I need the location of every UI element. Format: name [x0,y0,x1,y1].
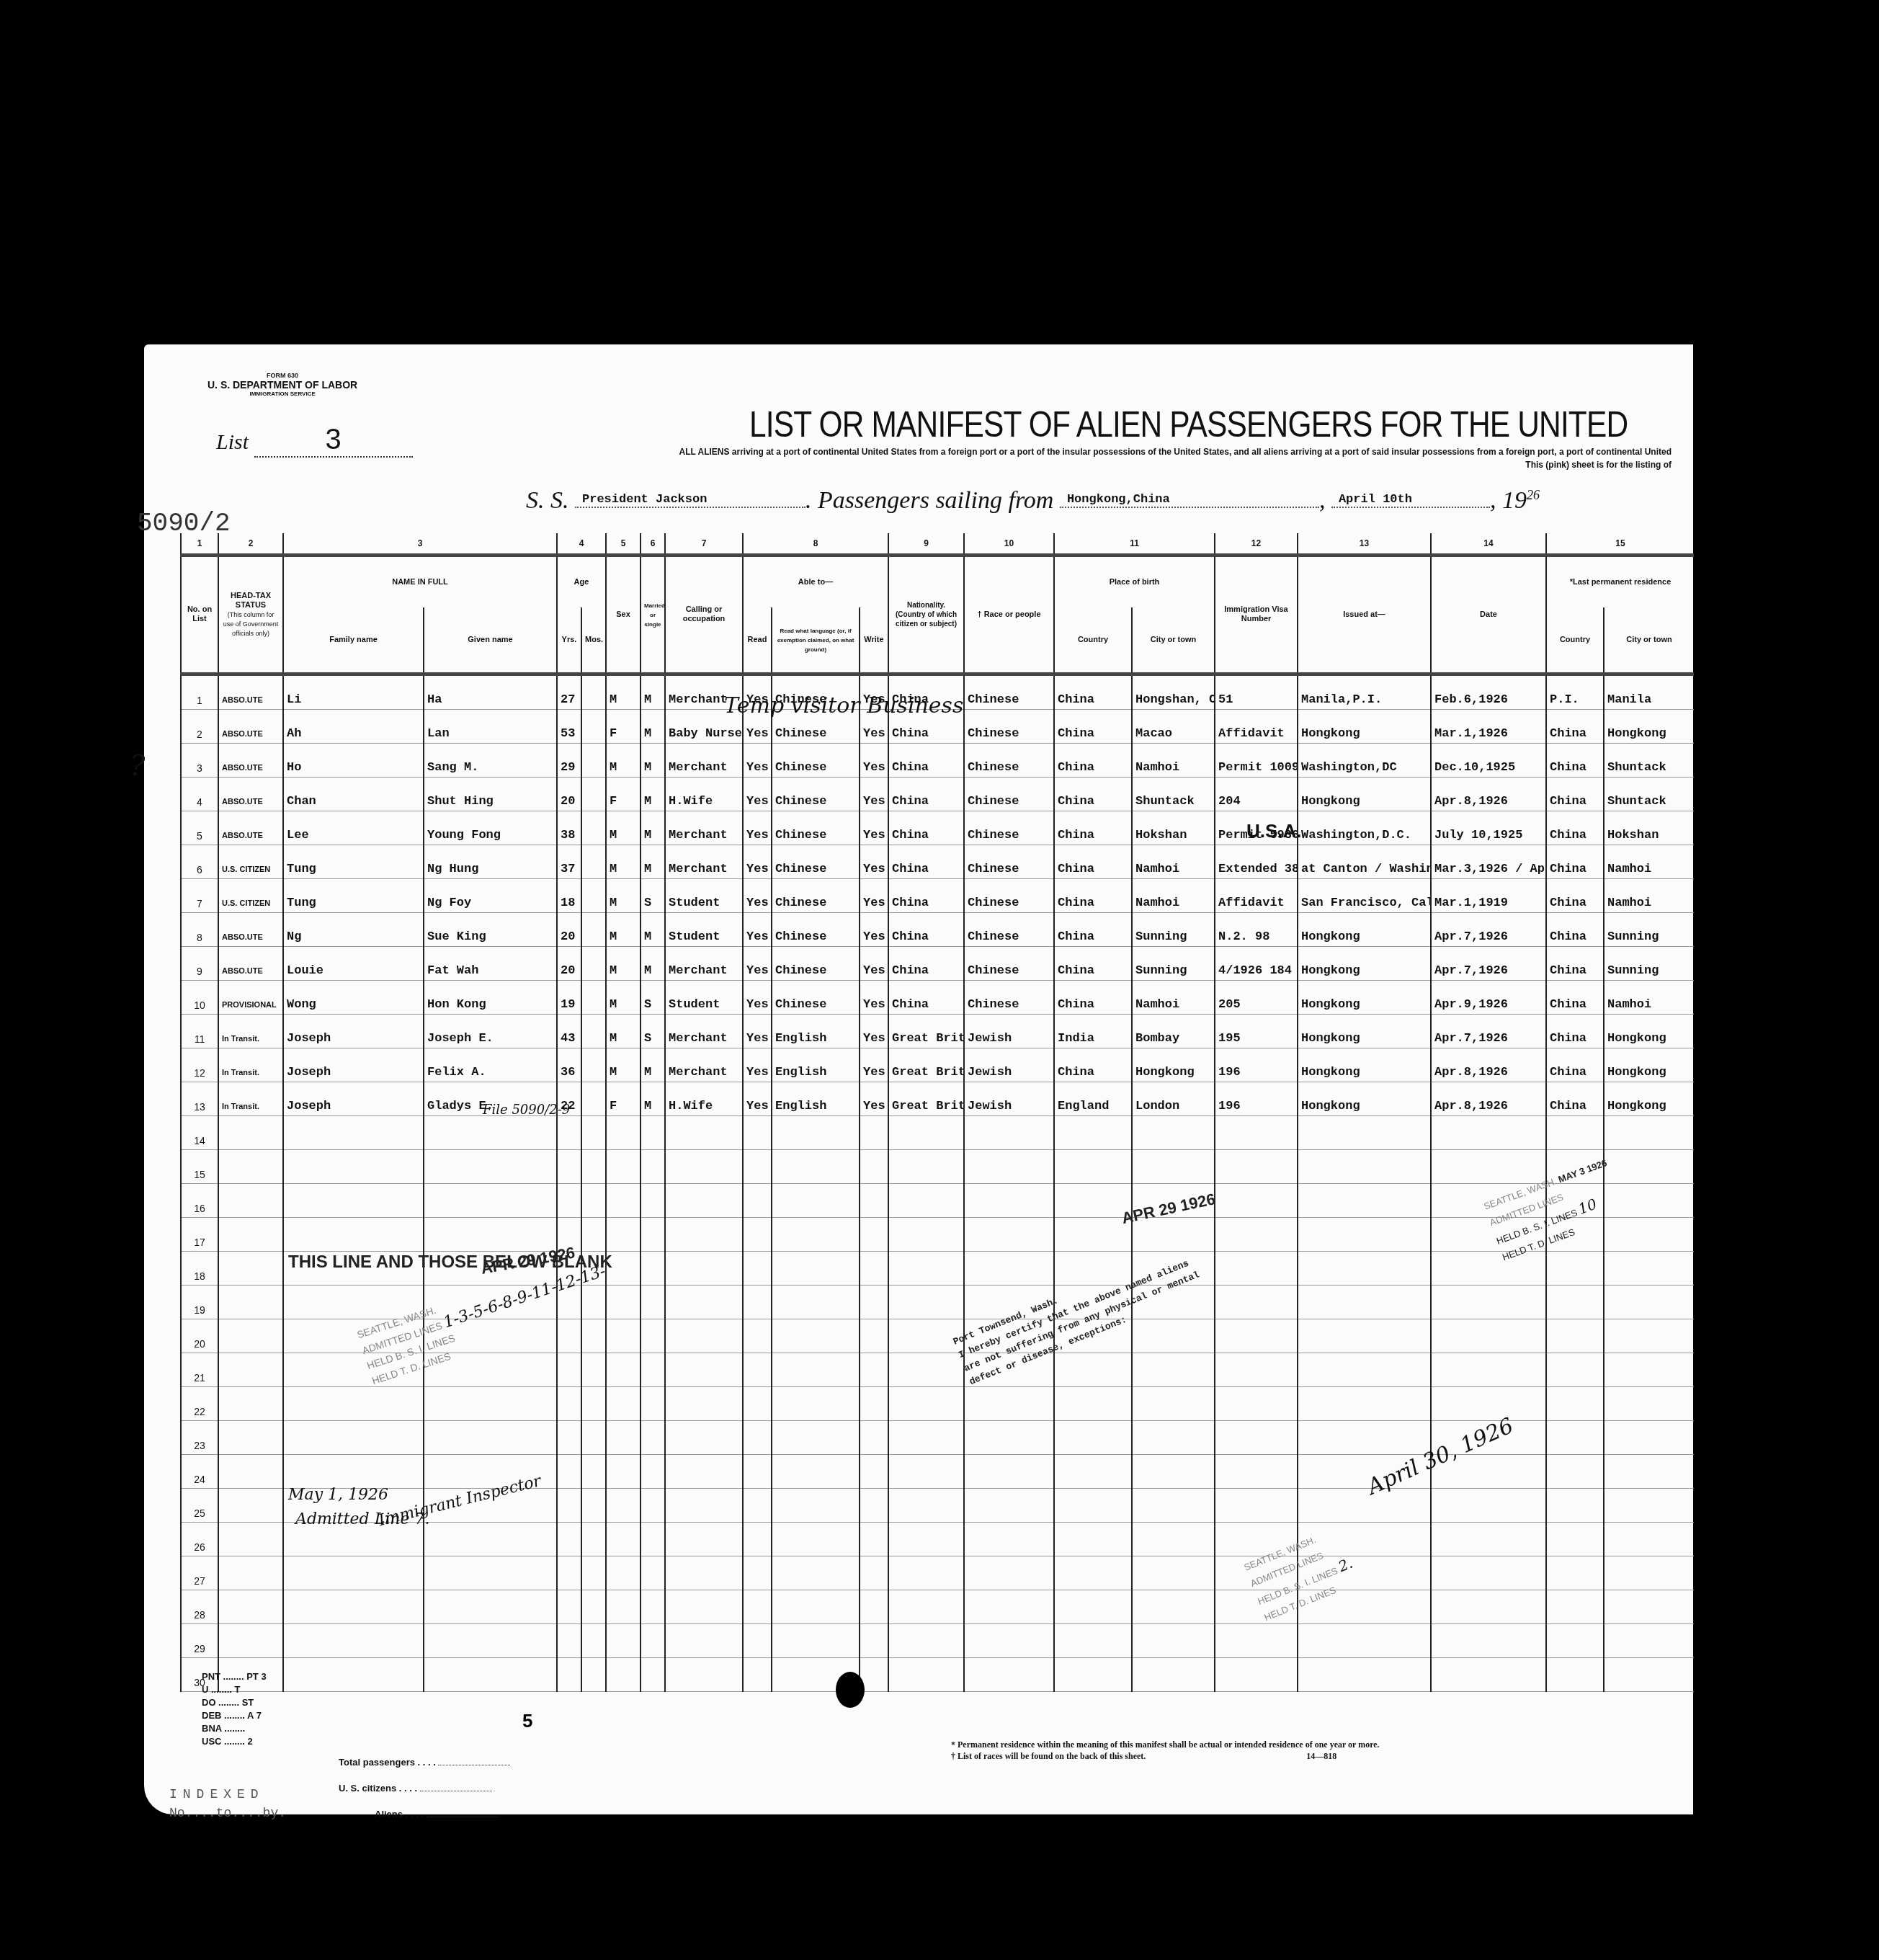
table-cell [772,1624,860,1658]
table-cell: Sunning [1604,913,1694,947]
table-row: 3ABSO.UTEHoSang M.29MMMerchantYesChinese… [181,744,1694,778]
table-cell: 51 [1215,674,1298,710]
table-cell: 43 [557,1015,581,1048]
table-cell [581,1624,606,1658]
table-cell: Chinese [772,947,860,981]
table-cell [581,1184,606,1218]
tally-row: PNT ........ PT 3 [202,1670,267,1683]
table-cell: London [1132,1082,1215,1116]
table-cell: Chinese [964,981,1054,1015]
table-cell: 28 [181,1590,218,1624]
table-cell: Yes [743,1082,772,1116]
table-cell [665,1624,743,1658]
table-cell: Chinese [772,811,860,845]
table-cell: Extended 3801C [1215,845,1298,879]
table-cell [283,1218,424,1252]
table-cell [1604,1252,1694,1286]
tally-row: U ........ T [202,1683,267,1696]
table-cell [283,1658,424,1692]
table-cell [1215,1387,1298,1421]
table-cell [1546,1523,1604,1556]
table-cell: Sue King [424,913,557,947]
table-cell [283,1590,424,1624]
table-cell [888,1523,964,1556]
col-no-on-list: No. on List [181,556,218,674]
blank-row: 14 [181,1116,1694,1150]
binder-hole [1700,591,1732,623]
table-cell [860,1319,888,1353]
table-cell: M [606,1048,641,1082]
table-cell: China [888,879,964,913]
table-cell [1054,1387,1132,1421]
table-cell [557,1184,581,1218]
table-cell [964,1624,1054,1658]
table-cell: M [641,947,665,981]
table-cell [860,1523,888,1556]
table-cell [606,1523,641,1556]
table-cell: China [888,947,964,981]
table-cell: India [1054,1015,1132,1048]
table-cell [1431,1353,1546,1387]
table-cell [860,1252,888,1286]
table-cell: July 10,1925 [1431,811,1546,845]
table-cell [218,1590,283,1624]
table-cell [1298,1319,1431,1353]
table-cell [772,1150,860,1184]
table-cell: Macao [1132,710,1215,744]
table-cell: Apr.8,1926 [1431,1048,1546,1082]
tally-row: BNA ........ [202,1722,267,1735]
col-mos: Mos. [581,607,606,674]
table-cell [665,1387,743,1421]
table-cell [218,1252,283,1286]
table-cell [1604,1523,1694,1556]
col-place-of-birth: Place of birth [1054,556,1215,608]
binder-hole [1712,1333,1738,1359]
table-cell [581,744,606,778]
table-cell [606,1218,641,1252]
table-cell: 20 [557,947,581,981]
table-cell [1132,1556,1215,1590]
col-name-in-full: NAME IN FULL [283,556,557,608]
subtitle-line-1: ALL ALIENS arriving at a port of contine… [454,445,1672,458]
table-cell: China [1546,981,1604,1015]
table-cell: China [888,981,964,1015]
table-cell: 204 [1215,778,1298,811]
table-cell [606,1590,641,1624]
table-cell [218,1421,283,1455]
table-cell: 11 [181,1015,218,1048]
table-cell [772,1387,860,1421]
table-cell [1215,1658,1298,1692]
table-cell: Chinese [772,845,860,879]
table-cell [1546,1455,1604,1489]
blank-row: 17 [181,1218,1694,1252]
table-cell [218,1319,283,1353]
page-title: LIST OR MANIFEST OF ALIEN PASSENGERS FOR… [749,404,1628,445]
table-cell: 23 [181,1421,218,1455]
table-cell [641,1624,665,1658]
table-cell [606,1455,641,1489]
table-cell: China [1054,981,1132,1015]
table-cell: 6 [641,533,665,556]
table-cell [218,1489,283,1523]
table-cell [1431,1387,1546,1421]
col-calling: Calling or occupation [665,556,743,674]
table-cell [641,1523,665,1556]
table-cell: Chinese [964,913,1054,947]
table-cell [557,1387,581,1421]
table-cell: Apr.7,1926 [1431,947,1546,981]
table-cell: Hongkong [1298,947,1431,981]
table-cell [665,1523,743,1556]
table-cell [743,1218,772,1252]
table-cell [888,1590,964,1624]
table-cell: 3 [283,533,557,556]
table-cell: 7 [665,533,743,556]
table-cell [606,1353,641,1387]
table-row: 12In Transit.JosephFelix A.36MMMerchantY… [181,1048,1694,1082]
table-cell [581,710,606,744]
table-row: 6U.S. CITIZENTungNg Hung37MMMerchantYesC… [181,845,1694,879]
table-cell [1298,1218,1431,1252]
table-cell: 27 [181,1556,218,1590]
table-cell [557,1116,581,1150]
table-cell [218,1387,283,1421]
table-cell [1546,1489,1604,1523]
table-cell: 38 [557,811,581,845]
table-cell: China [1546,947,1604,981]
table-cell: Affidavit [1215,710,1298,744]
table-cell [772,1252,860,1286]
table-cell [860,1387,888,1421]
col-birth-city: City or town [1132,607,1215,674]
table-cell [1215,1218,1298,1252]
table-cell: China [888,811,964,845]
table-cell: Jewish [964,1015,1054,1048]
table-cell: Hongkong [1298,710,1431,744]
table-cell [1546,1353,1604,1387]
table-cell [283,1556,424,1590]
table-cell: Yes [860,947,888,981]
table-cell [888,1624,964,1658]
table-row: 5ABSO.UTELeeYoung Fong38MMMerchantYesChi… [181,811,1694,845]
table-cell: H.Wife [665,1082,743,1116]
table-cell: Chinese [772,744,860,778]
file-note: File 5090/2-9 [483,1102,570,1118]
binder-hole [1712,865,1738,891]
table-row: 13In Transit.JosephGladys E.22FMH.WifeYe… [181,1082,1694,1116]
table-cell: China [888,744,964,778]
table-cell: Namhoi [1132,879,1215,913]
col-yrs: Yrs. [557,607,581,674]
table-cell [964,1421,1054,1455]
table-cell [581,1590,606,1624]
table-cell [1132,1489,1215,1523]
table-cell [1132,1116,1215,1150]
table-cell [888,1353,964,1387]
table-cell [1298,1624,1431,1658]
table-cell: Namhoi [1604,879,1694,913]
table-cell: China [1054,674,1132,710]
table-cell [557,1523,581,1556]
table-cell: 1 [181,674,218,710]
table-cell: 37 [557,845,581,879]
table-cell [424,1624,557,1658]
table-cell: PROVISIONAL [218,981,283,1015]
table-cell [888,1116,964,1150]
table-cell [581,1353,606,1387]
table-cell [860,1116,888,1150]
table-cell [424,1658,557,1692]
table-cell: M [606,744,641,778]
table-cell [641,1590,665,1624]
table-cell: Student [665,981,743,1015]
list-number: List 3 [216,424,413,458]
table-cell: Chinese [964,947,1054,981]
table-cell: M [641,674,665,710]
table-cell: at Canton / Washington,D.C. [1298,845,1431,879]
table-cell: Yes [860,845,888,879]
table-cell: Yes [860,1015,888,1048]
table-cell [641,1489,665,1523]
table-cell [218,1218,283,1252]
table-cell: Chinese [772,913,860,947]
table-cell: China [1546,913,1604,947]
table-cell: M [641,913,665,947]
table-cell [888,1252,964,1286]
table-cell [557,1556,581,1590]
table-cell [1054,1523,1132,1556]
table-cell: Joseph E. [424,1015,557,1048]
table-cell [1604,1421,1694,1455]
table-cell: M [606,981,641,1015]
table-cell: Hokshan [1604,811,1694,845]
table-row: 10PROVISIONALWongHon Kong19MSStudentYesC… [181,981,1694,1015]
table-cell: Affidavit [1215,879,1298,913]
table-cell [606,1556,641,1590]
table-cell [964,1387,1054,1421]
table-cell: 4 [557,533,606,556]
table-cell [606,1116,641,1150]
sailing-date: April 10th [1331,493,1490,508]
table-cell [665,1319,743,1353]
table-cell: Ng Hung [424,845,557,879]
table-cell [964,1556,1054,1590]
table-cell [1215,1252,1298,1286]
table-cell [557,1658,581,1692]
table-cell [772,1218,860,1252]
table-cell: Great Britian [888,1048,964,1082]
table-cell [1546,1658,1604,1692]
table-cell: Chinese [964,778,1054,811]
table-cell [283,1624,424,1658]
blank-row: 30 [181,1658,1694,1692]
table-cell [581,1319,606,1353]
table-cell: Merchant [665,845,743,879]
table-cell: Merchant [665,744,743,778]
table-cell [1431,1286,1546,1319]
table-cell: Hon Kong [424,981,557,1015]
table-cell: Chinese [772,879,860,913]
table-cell: Ah [283,710,424,744]
table-cell: Merchant [665,811,743,845]
table-cell: Mar.3,1926 / Apr.26,1924 [1431,845,1546,879]
table-cell: China [1054,1048,1132,1082]
col-birth-country: Country [1054,607,1132,674]
table-cell [743,1150,772,1184]
table-cell [860,1218,888,1252]
table-cell: N.2. 98 [1215,913,1298,947]
table-cell [218,1556,283,1590]
table-cell [581,1150,606,1184]
table-cell [772,1286,860,1319]
col-nationality: Nationality. (Country of which citizen o… [888,556,964,674]
table-cell [1298,1421,1431,1455]
tally-box: PNT ........ PT 3U ........ T DO .......… [202,1670,267,1748]
table-cell [1215,1455,1298,1489]
table-cell [218,1184,283,1218]
table-cell: In Transit. [218,1015,283,1048]
table-cell: Chan [283,778,424,811]
table-cell [424,1116,557,1150]
blank-row: 28 [181,1590,1694,1624]
table-cell [1546,1387,1604,1421]
table-cell: Yes [860,879,888,913]
table-row: 7U.S. CITIZENTungNg Foy18MSStudentYesChi… [181,879,1694,913]
table-cell: Great Britian [888,1082,964,1116]
col-sex: Sex [606,556,641,674]
table-cell: Jewish [964,1048,1054,1082]
table-cell [641,1353,665,1387]
table-cell [743,1489,772,1523]
sailing-label: Passengers sailing from [818,487,1053,514]
table-cell: 9 [888,533,964,556]
table-cell: China [1054,710,1132,744]
indexed-stamp: INDEXED No....to....by. [169,1786,286,1823]
table-cell [581,1523,606,1556]
table-cell [743,1387,772,1421]
table-cell [581,913,606,947]
table-cell [641,1286,665,1319]
table-cell [860,1624,888,1658]
table-cell: 195 [1215,1015,1298,1048]
table-cell [964,1252,1054,1286]
table-cell [964,1455,1054,1489]
table-cell: Ha [424,674,557,710]
table-cell [964,1218,1054,1252]
table-cell: China [1546,744,1604,778]
table-cell: Mar.1,1926 [1431,710,1546,744]
table-cell [860,1556,888,1590]
column-number-row: 1 2 3 4 5 6 7 8 9 10 11 12 13 14 15 [181,533,1694,556]
table-cell [665,1218,743,1252]
binder-hole [1712,1621,1738,1647]
table-cell: China [1054,744,1132,778]
table-cell [581,1082,606,1116]
table-cell: Joseph [283,1015,424,1048]
table-cell: Yes [743,1048,772,1082]
table-cell: M [641,778,665,811]
table-cell [888,1455,964,1489]
table-cell [581,947,606,981]
table-cell: H.Wife [665,778,743,811]
table-cell [606,1319,641,1353]
table-cell: Washington,DC [1298,744,1431,778]
blank-row: 16 [181,1184,1694,1218]
table-cell [888,1184,964,1218]
table-cell: 13 [181,1082,218,1116]
table-cell: Yes [860,811,888,845]
table-cell: Hongkong [1298,981,1431,1015]
table-cell [888,1286,964,1319]
table-cell [665,1489,743,1523]
table-cell: Hongkong [1298,913,1431,947]
table-cell [888,1489,964,1523]
table-cell: 12 [1215,533,1298,556]
table-cell: P.I. [1546,674,1604,710]
table-cell: China [1546,845,1604,879]
blank-row: 29 [181,1624,1694,1658]
table-cell [743,1455,772,1489]
table-cell [641,1319,665,1353]
col-visa: Immigration Visa Number [1215,556,1298,674]
table-cell [1132,1353,1215,1387]
table-cell [641,1218,665,1252]
table-cell: 20 [181,1319,218,1353]
table-cell: M [641,1082,665,1116]
table-cell: 29 [557,744,581,778]
table-cell: 18 [181,1252,218,1286]
table-cell: Tung [283,845,424,879]
table-cell: 20 [557,778,581,811]
table-cell [772,1353,860,1387]
table-cell [1604,1658,1694,1692]
table-cell: Yes [860,778,888,811]
table-cell: F [606,710,641,744]
table-cell [424,1184,557,1218]
table-cell [772,1556,860,1590]
table-cell: S [641,981,665,1015]
table-cell: 25 [181,1489,218,1523]
table-cell: Chinese [772,981,860,1015]
table-cell: China [1054,913,1132,947]
col-write: Write [860,607,888,674]
table-cell [665,1590,743,1624]
table-cell [665,1556,743,1590]
table-cell [1604,1353,1694,1387]
table-cell: Student [665,913,743,947]
table-row: 9ABSO.UTELouieFat Wah20MMMerchantYesChin… [181,947,1694,981]
page-count: 5 [522,1710,532,1732]
table-cell: China [1546,778,1604,811]
table-cell: Yes [860,1048,888,1082]
table-cell [1546,1624,1604,1658]
table-cell: English [772,1015,860,1048]
table-cell: F [606,1082,641,1116]
table-cell: China [1054,811,1132,845]
table-cell [743,1286,772,1319]
table-cell [1215,1421,1298,1455]
table-cell: M [641,811,665,845]
table-cell [641,1150,665,1184]
table-cell: M [606,913,641,947]
table-cell [743,1116,772,1150]
col-res-city: City or town [1604,607,1694,674]
table-cell [1604,1455,1694,1489]
table-cell [1604,1624,1694,1658]
ink-blot [836,1672,865,1708]
